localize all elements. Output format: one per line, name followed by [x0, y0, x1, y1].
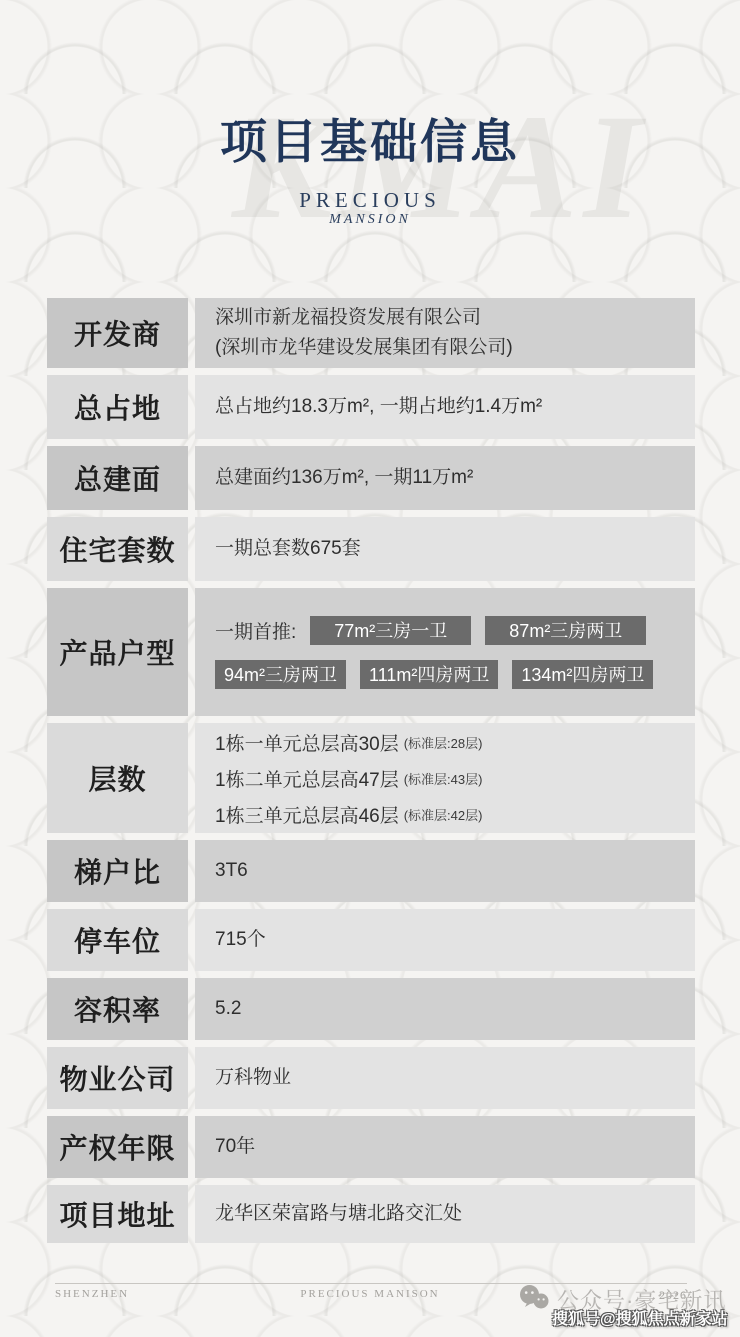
floor-line: 1栋三单元总层高46层 (标准层:42层) [215, 796, 695, 832]
poster-page: KMAI 项目基础信息 PRECIOUS MANSION 开发商 深圳市新龙福投… [0, 0, 740, 1337]
unit-type-badge: 111m²四房两卫 [360, 660, 498, 689]
row-value: 一期首推: 77m²三房一卫 87m²三房两卫 94m²三房两卫 111m²四房… [195, 588, 695, 716]
row-value: 1栋一单元总层高30层 (标准层:28层) 1栋二单元总层高47层 (标准层:4… [195, 723, 695, 833]
brand-name: PRECIOUS [0, 188, 740, 213]
table-row-address: 项目地址 龙华区荣富路与塘北路交汇处 [47, 1185, 695, 1243]
brand-subname: MANSION [0, 212, 740, 228]
badge-intro: 一期首推: [215, 617, 296, 644]
value-line: 一期总套数675套 [215, 534, 695, 564]
floor-note: (标准层:28层) [404, 733, 483, 752]
row-label: 总建面 [47, 446, 188, 510]
unit-type-badge: 87m²三房两卫 [485, 616, 646, 645]
badge-line: 一期首推: 77m²三房一卫 87m²三房两卫 [215, 616, 685, 645]
row-value: 70年 [195, 1116, 695, 1178]
row-label: 梯户比 [47, 840, 188, 902]
row-label: 容积率 [47, 978, 188, 1040]
row-value: 万科物业 [195, 1047, 695, 1109]
value-line: 3T6 [215, 856, 695, 886]
row-value: 3T6 [195, 840, 695, 902]
wechat-icon [518, 1284, 550, 1316]
row-value: 龙华区荣富路与塘北路交汇处 [195, 1185, 695, 1243]
floor-line: 1栋二单元总层高47层 (标准层:43层) [215, 760, 695, 796]
row-label: 项目地址 [47, 1185, 188, 1243]
unit-type-badge: 94m²三房两卫 [215, 660, 346, 689]
table-row-product-types: 产品户型 一期首推: 77m²三房一卫 87m²三房两卫 94m²三房两卫 11… [47, 588, 695, 716]
floor-main: 1栋三单元总层高46层 [215, 801, 399, 828]
unit-type-badge: 77m²三房一卫 [310, 616, 471, 645]
row-value: 深圳市新龙福投资发展有限公司 (深圳市龙华建设发展集团有限公司) [195, 298, 695, 368]
floor-note: (标准层:43层) [404, 769, 483, 788]
row-value: 715个 [195, 909, 695, 971]
row-label: 停车位 [47, 909, 188, 971]
floor-main: 1栋一单元总层高30层 [215, 729, 399, 756]
table-row-property-company: 物业公司 万科物业 [47, 1047, 695, 1109]
row-label: 产品户型 [47, 588, 188, 716]
row-label: 物业公司 [47, 1047, 188, 1109]
value-line: 70年 [215, 1132, 695, 1162]
row-label: 产权年限 [47, 1116, 188, 1178]
info-table: 开发商 深圳市新龙福投资发展有限公司 (深圳市龙华建设发展集团有限公司) 总占地… [47, 298, 695, 1250]
badge-line: 94m²三房两卫 111m²四房两卫 134m²四房两卫 [215, 660, 685, 689]
row-label: 层数 [47, 723, 188, 833]
table-row-land-area: 总占地 总占地约18.3万m², 一期占地约1.4万m² [47, 375, 695, 439]
page-title: 项目基础信息 [0, 118, 740, 170]
sohu-watermark-text: 搜狐号@搜狐焦点新家站 [552, 1306, 728, 1329]
value-line: 5.2 [215, 994, 695, 1024]
value-line: 万科物业 [215, 1063, 695, 1093]
table-row-ownership-years: 产权年限 70年 [47, 1116, 695, 1178]
table-row-unit-count: 住宅套数 一期总套数675套 [47, 517, 695, 581]
table-row-building-area: 总建面 总建面约136万m², 一期11万m² [47, 446, 695, 510]
table-row-plot-ratio: 容积率 5.2 [47, 978, 695, 1040]
value-line: 715个 [215, 925, 695, 955]
unit-type-badge: 134m²四房两卫 [512, 660, 653, 689]
table-row-elevator-ratio: 梯户比 3T6 [47, 840, 695, 902]
table-row-floors: 层数 1栋一单元总层高30层 (标准层:28层) 1栋二单元总层高47层 (标准… [47, 723, 695, 833]
row-value: 总建面约136万m², 一期11万m² [195, 446, 695, 510]
row-label: 总占地 [47, 375, 188, 439]
table-row-developer: 开发商 深圳市新龙福投资发展有限公司 (深圳市龙华建设发展集团有限公司) [47, 298, 695, 368]
floor-main: 1栋二单元总层高47层 [215, 765, 399, 792]
row-value: 5.2 [195, 978, 695, 1040]
value-line: 总建面约136万m², 一期11万m² [215, 463, 695, 493]
value-line: (深圳市龙华建设发展集团有限公司) [215, 333, 695, 363]
floor-line: 1栋一单元总层高30层 (标准层:28层) [215, 724, 695, 760]
row-value: 一期总套数675套 [195, 517, 695, 581]
value-line: 深圳市新龙福投资发展有限公司 [215, 303, 695, 333]
row-label: 住宅套数 [47, 517, 188, 581]
value-line: 总占地约18.3万m², 一期占地约1.4万m² [215, 392, 695, 422]
floor-note: (标准层:42层) [404, 805, 483, 824]
table-row-parking: 停车位 715个 [47, 909, 695, 971]
row-value: 总占地约18.3万m², 一期占地约1.4万m² [195, 375, 695, 439]
row-label: 开发商 [47, 298, 188, 368]
value-line: 龙华区荣富路与塘北路交汇处 [215, 1199, 695, 1229]
